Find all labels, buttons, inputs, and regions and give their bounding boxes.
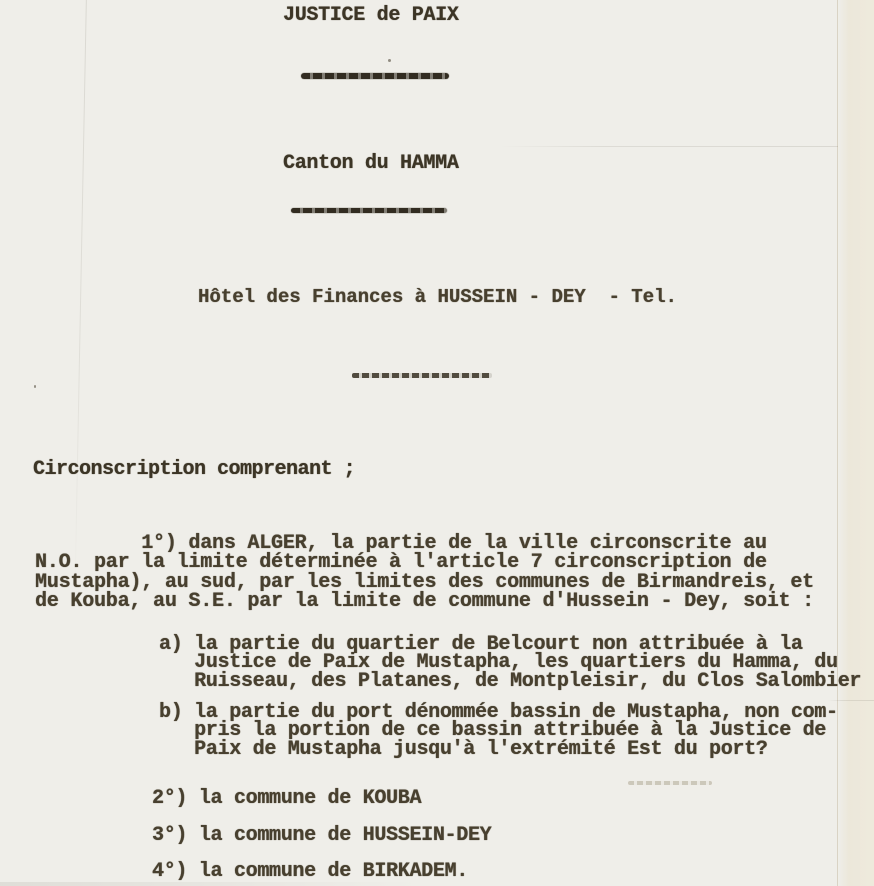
paper-crease-vertical: [74, 0, 87, 592]
list-item-a: a) la partie du quartier de Belcourt non…: [159, 636, 861, 691]
list-item-b: b) la partie du port dénommée bassin de …: [159, 704, 838, 759]
ink-speck: [34, 385, 36, 388]
canton-line: Canton du HAMMA: [283, 154, 459, 173]
typed-rule-under-canton: [291, 208, 447, 213]
paragraph-circonscription: 1°) dans ALGER, la partie de la ville ci…: [35, 534, 814, 611]
typed-rule-under-address: [352, 373, 492, 378]
address-line: Hôtel des Finances à HUSSEIN - DEY - Tel…: [198, 288, 677, 307]
list-item-2: 2°) la commune de KOUBA: [152, 789, 421, 808]
paper-crease-horizontal-top: [500, 146, 838, 147]
document-title: JUSTICE de PAIX: [283, 6, 459, 25]
typed-rule-under-title: [301, 73, 449, 79]
list-item-4: 4°) la commune de BIRKADEM.: [152, 862, 468, 881]
ink-bleed-mark: [628, 781, 712, 785]
intro-line: Circonscription comprenant ;: [33, 460, 355, 479]
ink-speck: [388, 59, 391, 62]
paper-right-edge: [837, 0, 874, 886]
document-page: JUSTICE de PAIX Canton du HAMMA Hôtel de…: [0, 0, 874, 886]
list-item-3: 3°) la commune de HUSSEIN-DEY: [152, 826, 491, 845]
